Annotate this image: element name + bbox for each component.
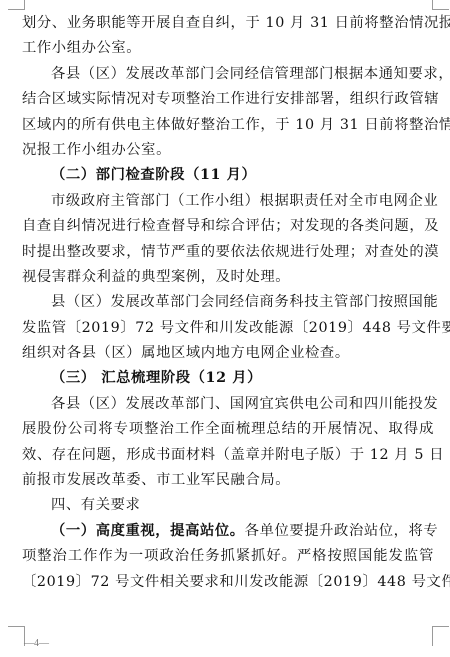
text-line: 发监管〔2019〕72 号文件和川发改能源〔2019〕448 号文件要求 [22,316,434,341]
section-heading-department-inspection: （二）部门检查阶段（11 月） [22,163,434,188]
page-corner-mark-top-left [8,0,25,10]
text-line: 展股份公司将专项整治工作全面梳理总结的开展情况、取得成 [22,417,434,442]
text-fragment: 各单位要提升政治站位，将专 [245,523,439,539]
text-line: 结合区域实际情况对专项整治工作进行安排部署，组织行政管辖 [22,87,434,112]
text-line: 效、存在问题，形成书面材料（盖章并附电子版）于 12 月 5 日 [22,443,434,468]
text-line: 〔2019〕72 号文件相关要求和川发改能源〔2019〕448 号文件的 [22,570,434,595]
text-line: 前报市发展改革委、市工业军民融合局。 [22,468,434,493]
page-corner-mark-bottom-left [8,626,25,646]
text-line: 工作小组办公室。 [22,36,434,61]
page-number: —4— [24,638,49,649]
text-line: （一）高度重视，提高站位。各单位要提升政治站位，将专 [22,519,434,544]
document-body: 划分、业务职能等开展自查自纠，于 10 月 31 日前将整治情况报 工作小组办公… [22,11,434,595]
page-corner-mark-top-right [432,0,449,10]
page-corner-mark-bottom-right [432,626,449,646]
section-heading-requirements: 四、有关要求 [22,493,434,518]
text-line: 组织对各县（区）属地区域内地方电网企业检查。 [22,341,434,366]
text-line: 县（区）发展改革部门会同经信商务科技主管部门按照国能 [22,290,434,315]
text-line: 各县（区）发展改革部门、国网宜宾供电公司和四川能投发 [22,392,434,417]
subheading-high-priority: （一）高度重视，提高站位。 [51,523,245,539]
text-line: 视侵害群众利益的典型案例，及时处理。 [22,265,434,290]
text-line: 划分、业务职能等开展自查自纠，于 10 月 31 日前将整治情况报 [22,11,434,36]
text-line: 区域内的所有供电主体做好整治工作，于 10 月 31 日前将整治情 [22,113,434,138]
text-line: 各县（区）发展改革部门会同经信管理部门根据本通知要求， [22,62,434,87]
section-heading-summary: （三） 汇总梳理阶段（12 月） [22,366,434,391]
text-line: 况报工作小组办公室。 [22,138,434,163]
text-line: 项整治工作作为一项政治任务抓紧抓好。严格按照国能发监管 [22,544,434,569]
text-line: 自查自纠情况进行检查督导和综合评估；对发现的各类问题，及 [22,214,434,239]
text-line: 时提出整改要求，情节严重的要依法依规进行处理；对查处的漠 [22,240,434,265]
text-line: 市级政府主管部门（工作小组）根据职责任对全市电网企业 [22,189,434,214]
